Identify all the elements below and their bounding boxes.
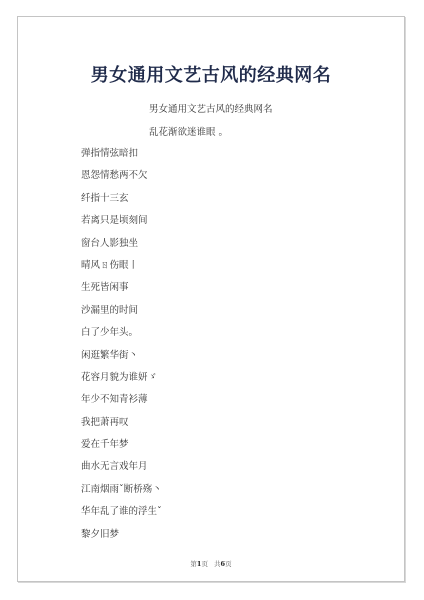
list-item: 弹指情弦暗扣: [81, 147, 162, 169]
subtitle-line: 乱花渐欲迷谁眼 。: [149, 124, 228, 138]
list-item: 爱在千年梦: [81, 438, 162, 460]
page-footer: 第1页 共6页: [18, 559, 404, 568]
list-item: 沙漏里的时间: [81, 304, 162, 326]
name-list: 弹指情弦暗扣 恩怨情愁两不欠 纤指十三玄 若离只是顷刻间 窗台人影独坐 晴风ㄖ伤…: [81, 147, 162, 550]
page-suffix: 页: [201, 560, 208, 568]
list-item: 纤指十三玄: [81, 192, 162, 214]
subtitle-line: 男女通用文艺古风的经典网名: [149, 101, 273, 115]
list-item: 若离只是顷刻间: [81, 214, 162, 236]
list-item: 曲水无言戏年月: [81, 460, 162, 482]
list-item: 闲逛繁华街丶: [81, 349, 162, 371]
document-page: 男女通用文艺古风的经典网名 男女通用文艺古风的经典网名 乱花渐欲迷谁眼 。 弹指…: [17, 16, 405, 582]
list-item: 恩怨情愁两不欠: [81, 169, 162, 191]
list-item: 生死皆闲事: [81, 281, 162, 303]
list-item: 窗台人影独坐: [81, 237, 162, 259]
total-suffix: 页: [225, 560, 232, 568]
list-item: 白了少年头。: [81, 326, 162, 348]
page-indicator: 第1页: [190, 560, 208, 568]
list-item: 我把萧再叹: [81, 416, 162, 438]
list-item: 江南烟雨ˇ断桥殇丶: [81, 483, 162, 505]
document-title: 男女通用文艺古风的经典网名: [18, 61, 404, 87]
total-pages-indicator: 共6页: [214, 560, 232, 568]
list-item: 花容月貌为谁妍ゞ: [81, 371, 162, 393]
list-item: 黎夕旧梦: [81, 528, 162, 550]
list-item: 晴风ㄖ伤眼丨: [81, 259, 162, 281]
list-item: 年少不知青衫薄: [81, 393, 162, 415]
list-item: 华年乱了谁的浮生ˇ: [81, 505, 162, 527]
